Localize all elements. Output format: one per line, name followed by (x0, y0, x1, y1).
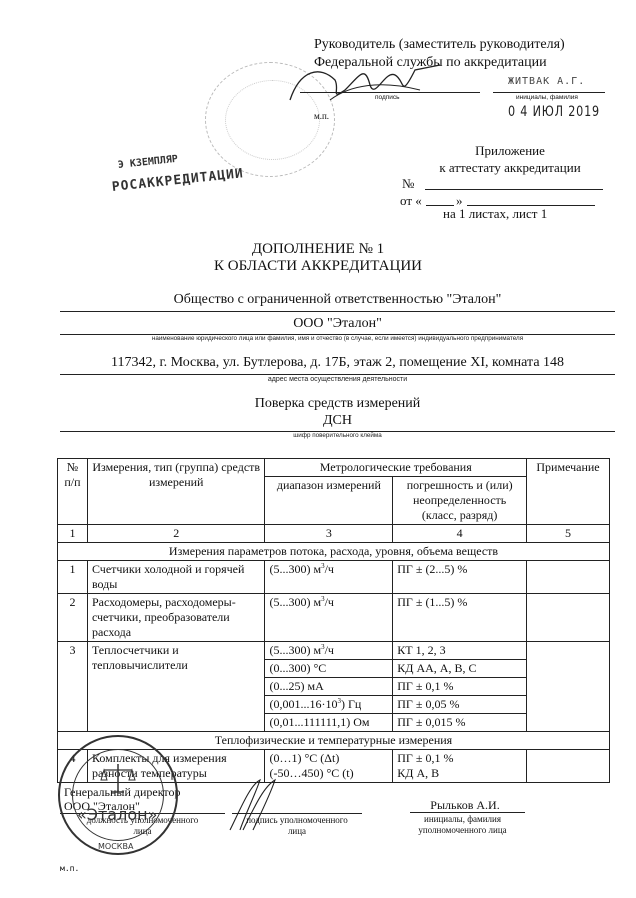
stamp-code-caption: шифр поверительного клейма (60, 432, 615, 439)
seal-name: «Эталон» (77, 805, 157, 824)
footer-name-caption-line1: инициалы, фамилия (400, 814, 525, 825)
section-row: Измерения параметров потока, расхода, ур… (58, 543, 610, 561)
copy-stamp-line2: РОСАККРЕДИТАЦИИ (111, 166, 244, 195)
row2-num: 2 (58, 594, 88, 642)
seal-city: МОСКВА (98, 842, 133, 851)
org-full-name-line (60, 311, 615, 312)
head-signature-line (300, 92, 480, 93)
footer-name-caption-line2: уполномоченного лица (400, 825, 525, 836)
header-range: диапазон измерений (265, 477, 393, 525)
head-initials-line (493, 92, 605, 93)
row1-num: 1 (58, 561, 88, 594)
row3-error-1: КД АА, А, В, С (393, 660, 527, 678)
row4-range-line2: (-50…450) °С (t) (269, 766, 388, 781)
footer-name: Рыльков А.И. (410, 798, 520, 812)
footer-signature-line (232, 813, 362, 814)
row1-range: (5...300) м3/ч (265, 561, 393, 594)
row3-range-4: (0,01...111111,1) Ом (265, 714, 393, 732)
header-num: № п/п (58, 459, 88, 525)
row1-range-tail: /ч (325, 562, 334, 576)
head-signer-stamp: ЖИТВАК А.Г. (508, 76, 585, 87)
row3-range-3: (0,001...16·103) Гц (265, 696, 393, 714)
org-full-name: Общество с ограниченной ответственностью… (60, 292, 615, 308)
row1-error: ПГ ± (2...5) % (393, 561, 527, 594)
org-address: 117342, г. Москва, ул. Бутлерова, д. 17Б… (60, 355, 615, 371)
appendix-from-label: от « (400, 193, 422, 209)
colnum-2: 2 (87, 525, 265, 543)
row3-range-0-text: (5...300) м (269, 643, 321, 657)
header-metro: Метрологические требования (265, 459, 527, 477)
activity-type: Поверка средств измерений (60, 396, 615, 412)
column-numbers-row: 1 2 3 4 5 (58, 525, 610, 543)
row4-error-line1: ПГ ± 0,1 % (397, 751, 522, 766)
row1-range-text: (5...300) м (269, 562, 321, 576)
footer-signature-caption-line2: лица (232, 826, 362, 837)
scales-icon (100, 762, 136, 794)
org-short-name: ООО "Эталон" (60, 316, 615, 332)
appendix-block: Приложение к аттестату аккредитации (400, 142, 620, 176)
footer-name-caption: инициалы, фамилия уполномоченного лица (400, 814, 525, 836)
section-flow: Измерения параметров потока, расхода, ур… (58, 543, 610, 561)
appendix-sheets: на 1 листах, лист 1 (443, 206, 547, 222)
head-title-line1: Руководитель (заместитель руководителя) (314, 36, 624, 54)
row2-range-tail: /ч (325, 595, 334, 609)
row3-error-0: КТ 1, 2, 3 (393, 642, 527, 660)
document-title-line2: К ОБЛАСТИ АККРЕДИТАЦИИ (0, 257, 636, 275)
row3-type: Теплосчетчики и тепловычислители (87, 642, 265, 732)
colnum-3: 3 (265, 525, 393, 543)
address-caption: адрес места осуществления деятельности (60, 376, 615, 383)
appendix-number-label: № (402, 176, 414, 192)
appendix-line2: к аттестату аккредитации (400, 159, 620, 176)
row3-range-3-tail: ) Гц (341, 697, 361, 711)
row3-range-3-text: (0,001...16·10 (269, 697, 337, 711)
document-title-line1: ДОПОЛНЕНИЕ № 1 (0, 240, 636, 258)
row3-note (527, 642, 610, 732)
colnum-4: 4 (393, 525, 527, 543)
row4-error: ПГ ± 0,1 % КД А, В (393, 750, 527, 783)
head-date-stamp: 0 4 ИЮЛ 2019 (508, 104, 600, 120)
colnum-1: 1 (58, 525, 88, 543)
row2-range: (5...300) м3/ч (265, 594, 393, 642)
row2-error: ПГ ± (1...5) % (393, 594, 527, 642)
accreditation-scope-table: № п/п Измерения, тип (группа) средств из… (57, 458, 610, 783)
row4-range-line1: (0…1) °С (Δt) (269, 751, 388, 766)
row3-error-4: ПГ ± 0,015 % (393, 714, 527, 732)
footer-mp: м.п. (60, 864, 79, 873)
row1-type: Счетчики холодной и горячей воды (87, 561, 265, 594)
head-initials-caption: инициалы, фамилия (516, 94, 578, 101)
row2-range-text: (5...300) м (269, 595, 321, 609)
appendix-number-field (425, 189, 603, 190)
row3-error-3: ПГ ± 0,05 % (393, 696, 527, 714)
stamp-code: ДСН (60, 413, 615, 429)
copy-stamp-line1: Э КЗЕМПЛЯР (117, 154, 178, 171)
row4-note (527, 750, 610, 783)
row1-note (527, 561, 610, 594)
row3-error-2: ПГ ± 0,1 % (393, 678, 527, 696)
org-address-line (60, 374, 615, 375)
header-error: погрешность и (или) неопределенность (кл… (393, 477, 527, 525)
footer-signature-caption-line1: подпись уполномоченного (232, 815, 362, 826)
head-mp: м.п. (314, 111, 329, 121)
head-signature-icon (280, 60, 460, 105)
header-type: Измерения, тип (группа) средств измерени… (87, 459, 265, 525)
table-row: 1 Счетчики холодной и горячей воды (5...… (58, 561, 610, 594)
row3-num: 3 (58, 642, 88, 732)
colnum-5: 5 (527, 525, 610, 543)
table-row: 3 Теплосчетчики и тепловычислители (5...… (58, 642, 610, 660)
table-row: 2 Расходомеры, расходомеры-счетчики, пре… (58, 594, 610, 642)
row2-type: Расходомеры, расходомеры-счетчики, преоб… (87, 594, 265, 642)
table-header-row: № п/п Измерения, тип (группа) средств из… (58, 459, 610, 477)
row3-range-1: (0...300) °С (265, 660, 393, 678)
appendix-line1: Приложение (400, 142, 620, 159)
row3-range-2: (0...25) мА (265, 678, 393, 696)
head-signature-caption: подпись (375, 94, 400, 101)
row3-range-0-tail: /ч (325, 643, 334, 657)
footer-signature-caption: подпись уполномоченного лица (232, 815, 362, 837)
header-note: Примечание (527, 459, 610, 525)
row2-note (527, 594, 610, 642)
row3-range-0: (5...300) м3/ч (265, 642, 393, 660)
footer-name-line (410, 812, 525, 813)
org-caption: наименование юридического лица или фамил… (60, 335, 615, 342)
row4-error-line2: КД А, В (397, 766, 522, 781)
